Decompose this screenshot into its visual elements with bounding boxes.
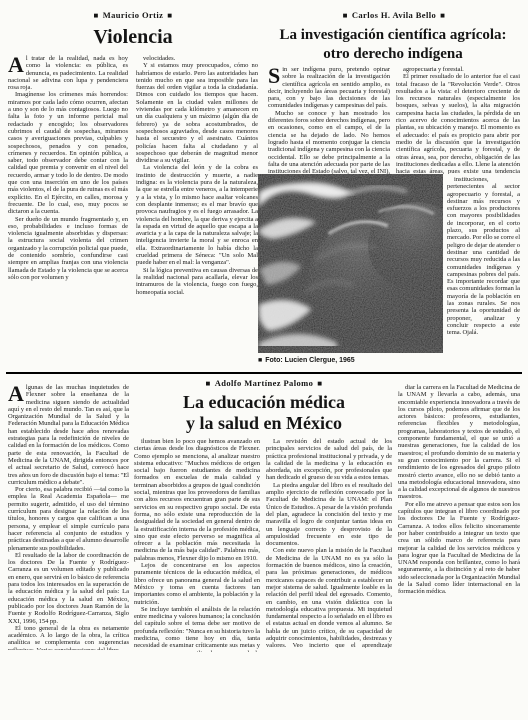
paragraph: Por ello me atrevo a pensar que estos so… xyxy=(398,501,520,596)
violencia-column-2: velocidades.Y si estamos muy preocupados… xyxy=(136,55,258,367)
byline-text: Mauricio Ortiz xyxy=(103,10,164,20)
agricola-column-2: agropecuaria y forestal.El primer result… xyxy=(396,66,520,174)
photo-lucien-clergue xyxy=(258,174,443,353)
paragraph: Con este nuevo plan la misión de la Facu… xyxy=(266,547,392,648)
drop-cap: A xyxy=(8,55,26,73)
square-icon: ■ xyxy=(313,379,326,388)
article-title-agricola: La investigación científica agrícola: ot… xyxy=(262,26,524,64)
paragraph: Si la lógica preventiva en causas divers… xyxy=(136,267,258,296)
paragraph: ilustran bien lo poco que hemos avanzado… xyxy=(134,438,260,562)
paragraph: velocidades. xyxy=(136,55,258,62)
paragraph: La piedra angular del libro es el result… xyxy=(266,482,392,548)
paragraph: Mucho se conoce y han mostrado los difer… xyxy=(268,110,390,174)
paragraph: El tono general de la obra es netamente … xyxy=(8,625,129,650)
lead-text: l tratar de la realidad, nada es hoy com… xyxy=(8,55,128,91)
title-line-1: La educación médica xyxy=(130,392,398,413)
square-icon: ■ xyxy=(202,379,215,388)
square-icon: ■ xyxy=(89,11,102,20)
drop-cap: S xyxy=(268,66,282,84)
paragraph: Ser dueño de un mundo fragmentado y, en … xyxy=(8,216,128,282)
newspaper-page: ■Mauricio Ortiz■ Violencia Al tratar de … xyxy=(0,0,528,720)
byline-mauricio-ortiz: ■Mauricio Ortiz■ xyxy=(8,10,258,20)
lead-text: lgunas de las muchas inquietudes de Flex… xyxy=(8,384,129,486)
square-icon: ■ xyxy=(436,11,449,20)
paragraph: La violencia del león y de la cobra es i… xyxy=(136,164,258,266)
paragraph: El primer resultado de lo anterior fue e… xyxy=(396,73,520,174)
horizontal-rule xyxy=(6,372,522,374)
caption-text: Foto: Lucien Clergue, 1965 xyxy=(265,357,354,364)
paragraph: diar la carrera en la Facultad de Medici… xyxy=(398,384,520,501)
article-title-educacion: La educación médica y la salud en México xyxy=(130,392,398,434)
paragraph: El resultado de la labor de coordinación… xyxy=(8,552,129,625)
byline-adolfo-martinez-palomo: ■Adolfo Martínez Palomo■ xyxy=(130,378,398,388)
paragraph: Por cierto, esa palabra recibió —tal com… xyxy=(8,486,129,552)
square-icon: ■ xyxy=(163,11,176,20)
photo-image xyxy=(258,174,443,353)
agricola-column-1: Sin ser indígena puro, pretendo opinar s… xyxy=(268,66,390,174)
square-icon: ■ xyxy=(339,11,352,20)
educacion-column-1: Algunas de las muchas inquietudes de Fle… xyxy=(8,384,129,650)
article-title-violencia: Violencia xyxy=(8,26,258,49)
lead-text: in ser indígena puro, pretendo opinar so… xyxy=(268,66,390,109)
violencia-column-1: Al tratar de la realidad, nada es hoy co… xyxy=(8,55,128,367)
paragraph: Imagínense los crímenes más horrendos: m… xyxy=(8,91,128,215)
title-line-1: La investigación científica agrícola: xyxy=(262,26,524,45)
educacion-column-3: La revisión del estado actual de los pri… xyxy=(266,438,392,648)
byline-carlos-avila-bello: ■Carlos H. Avila Bello■ xyxy=(268,10,520,20)
paragraph: instituciones, pertenecientes al sector … xyxy=(447,176,520,337)
drop-cap: A xyxy=(8,384,26,402)
paragraph: Lejos de concentrarse en los aspectos pu… xyxy=(134,562,260,606)
photo-caption: ■Foto: Lucien Clergue, 1965 xyxy=(258,357,355,364)
agricola-column-narrow: instituciones, pertenecientes al sector … xyxy=(447,176,520,360)
paragraph: Y si estamos muy preocupados, cómo no ha… xyxy=(136,62,258,164)
paragraph: La revisión del estado actual de los pri… xyxy=(266,438,392,482)
title-line-2: otro derecho indígena xyxy=(262,45,524,64)
educacion-column-4: diar la carrera en la Facultad de Medici… xyxy=(398,384,520,640)
title-line-2: y la salud en México xyxy=(130,413,398,434)
paragraph: agropecuaria y forestal. xyxy=(396,66,520,73)
byline-text: Adolfo Martínez Palomo xyxy=(215,378,314,388)
byline-text: Carlos H. Avila Bello xyxy=(352,10,436,20)
educacion-column-2: ilustran bien lo poco que hemos avanzado… xyxy=(134,438,260,652)
paragraph: Se incluye también el análisis de la rel… xyxy=(134,606,260,652)
